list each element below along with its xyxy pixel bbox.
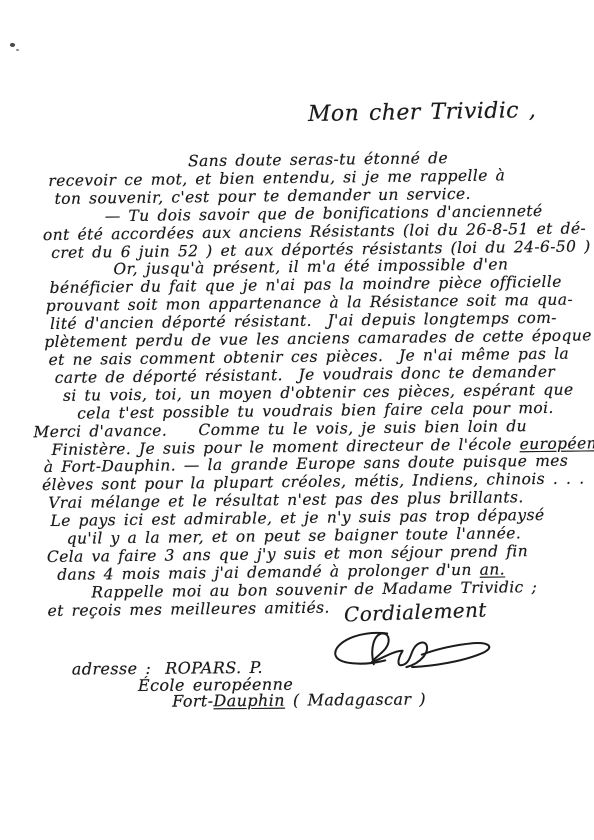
letter-body: Sans doute seras-tu étonné de recevoir c…	[48, 149, 579, 621]
scan-speck	[16, 49, 19, 51]
underlined-word: Dauphin	[213, 691, 285, 711]
letter-page: Mon cher Trividic , Sans doute seras-tu …	[0, 0, 594, 840]
address-place-text: ( Madagascar )	[285, 689, 426, 709]
underlined-word: européenne	[520, 434, 594, 453]
underlined-word: an.	[480, 560, 506, 578]
address-block: adresse :ROPARS. P. École européenne For…	[72, 658, 426, 711]
address-place: Fort-Dauphin ( Madagascar )	[172, 691, 426, 710]
scan-speck	[9, 42, 15, 47]
salutation: Mon cher Trividic ,	[308, 98, 537, 127]
address-place-text: Fort-	[172, 691, 214, 710]
